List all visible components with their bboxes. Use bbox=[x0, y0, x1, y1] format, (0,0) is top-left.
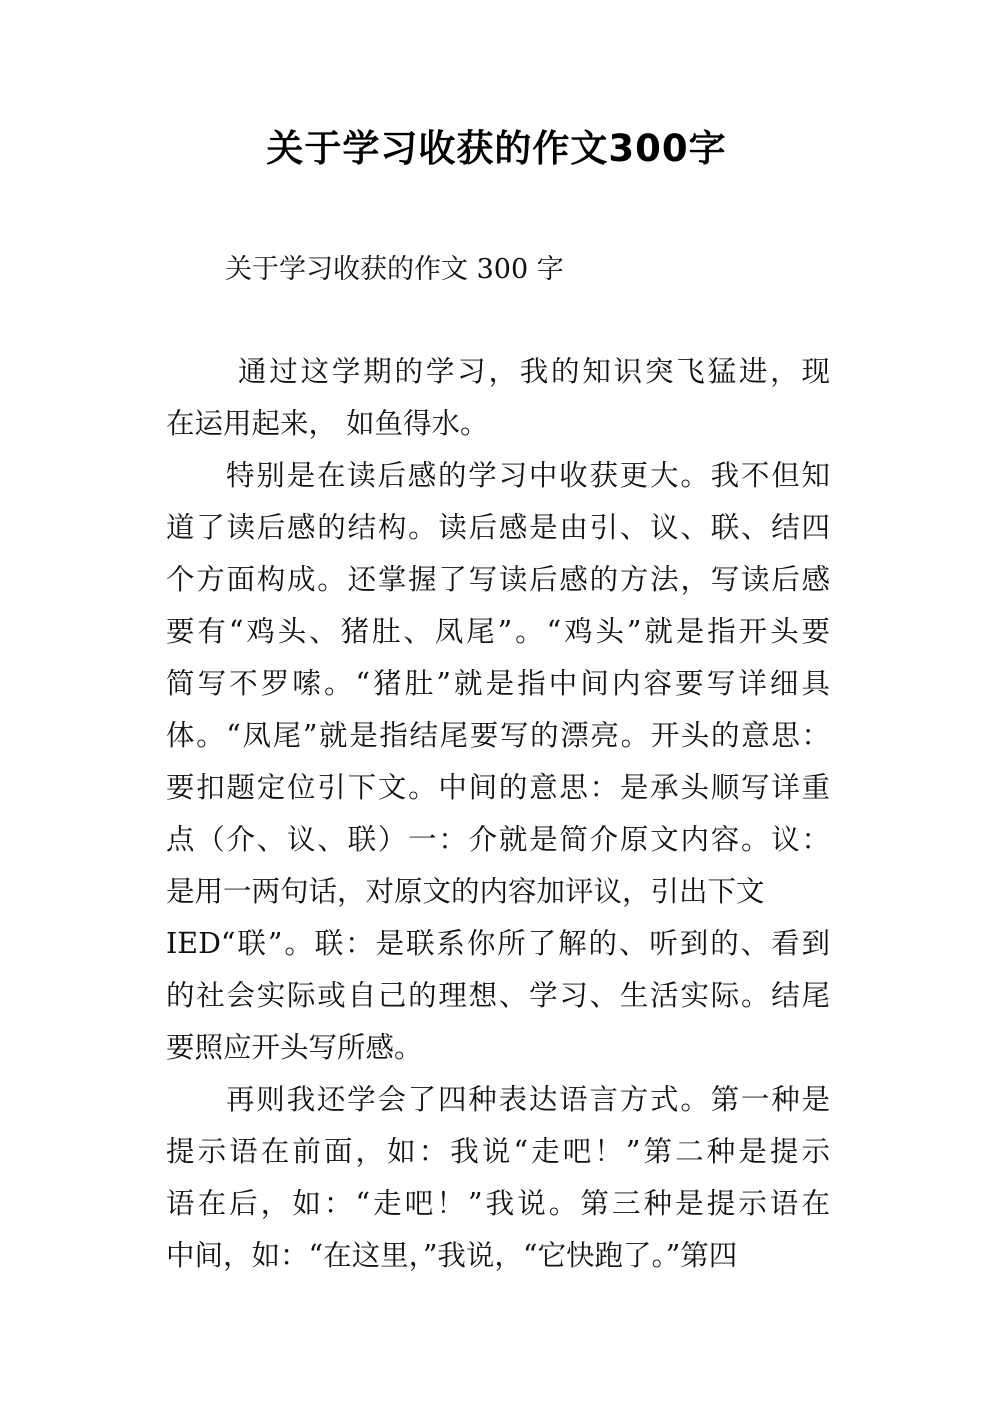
body-text-line: 要扣题定位引下文。中间的意思：是承头顺写详重 bbox=[166, 768, 830, 808]
body-text-line: 简写不罗嗦。“猪肚”就是指中间内容要写详细具 bbox=[166, 664, 830, 704]
body-text-line: 再则我还学会了四种表达语言方式。第一种是 bbox=[226, 1080, 830, 1120]
body-text-line: 体。“凤尾”就是指结尾要写的漂亮。开头的意思： bbox=[166, 716, 830, 756]
body-text-line: 在运用起来， 如鱼得水。 bbox=[166, 404, 830, 444]
body-text-line: 个方面构成。还掌握了写读后感的方法，写读后感 bbox=[166, 560, 830, 600]
body-text-line: 中间，如：“在这里，”我说，“它快跑了。”第四 bbox=[166, 1236, 830, 1276]
body-text-line: 提示语在前面，如：我说“走吧！”第二种是提示 bbox=[166, 1132, 830, 1172]
body-text-line: 是用一两句话，对原文的内容加评议，引出下文 bbox=[166, 872, 830, 912]
body-text-line: 要有“鸡头、猪肚、凤尾”。“鸡头”就是指开头要 bbox=[166, 612, 830, 652]
body-text-line: 特别是在读后感的学习中收获更大。我不但知 bbox=[226, 456, 830, 496]
body-text-line: 道了读后感的结构。读后感是由引、议、联、结四 bbox=[166, 508, 830, 548]
document-title: 关于学习收获的作文300字 bbox=[0, 118, 993, 172]
body-text-line: 语在后，如：“走吧！”我说。第三种是提示语在 bbox=[166, 1184, 830, 1224]
body-text-line: IED“联”。联：是联系你所了解的、听到的、看到 bbox=[166, 924, 830, 964]
document-subtitle: 关于学习收获的作文 300 字 bbox=[225, 247, 564, 286]
body-text-line: 的社会实际或自己的理想、学习、生活实际。结尾 bbox=[166, 976, 830, 1016]
body-text-line: 点（介、议、联）一：介就是简介原文内容。议： bbox=[166, 820, 830, 860]
body-text-line: 要照应开头写所感。 bbox=[166, 1028, 830, 1068]
body-text-line: 通过这学期的学习，我的知识突飞猛进，现 bbox=[238, 352, 830, 392]
